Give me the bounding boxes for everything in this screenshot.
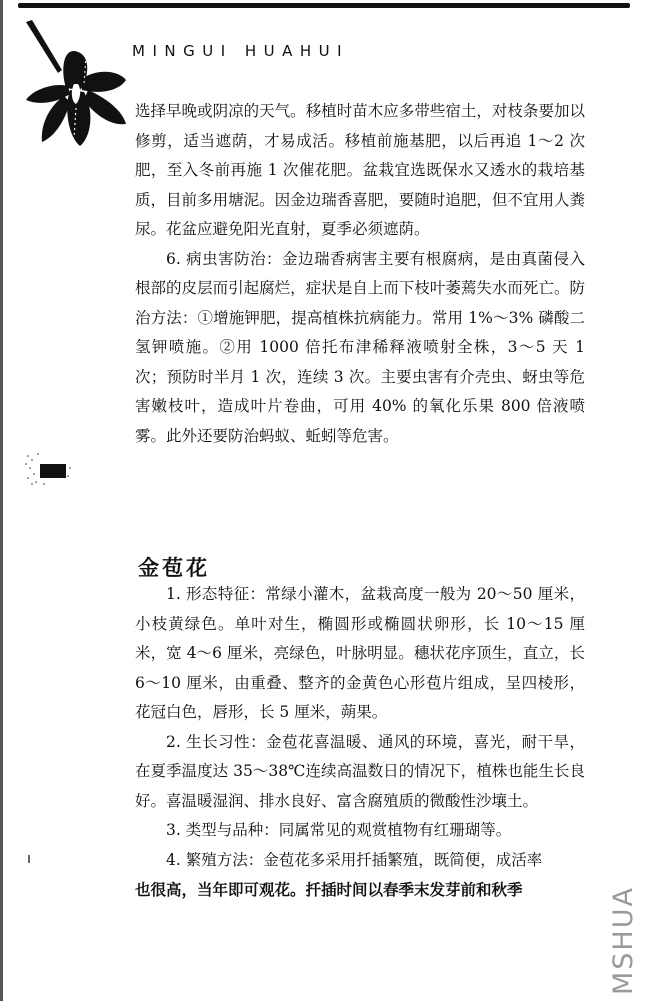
orchid-flower-icon [18,18,130,148]
continued-text: 选择早晚或阴凉的天气。移植时苗木应多带些宿土，对枝条要加以修剪，适当遮荫，才易成… [135,97,585,451]
page-left-edge [0,0,3,1001]
paragraph: 选择早晚或阴凉的天气。移植时苗木应多带些宿土，对枝条要加以修剪，适当遮荫，才易成… [135,97,585,245]
paragraph-varieties: 3. 类型与品种：同属常见的观赏植物有红珊瑚等。 [135,816,585,846]
paragraph-habit: 2. 生长习性：金苞花喜温暖、通风的环境，喜光，耐干旱，在夏季温度达 35～38… [135,728,585,817]
watermark: MSHUA [608,886,639,995]
paragraph-pest-control: 6. 病虫害防治：金边瑞香病害主要有根腐病，是由真菌侵入根部的皮层而引起腐烂，症… [135,245,585,452]
section-body: 1. 形态特征：常绿小灌木，盆栽高度一般为 20～50 厘米，小枝黄绿色。单叶对… [135,580,585,905]
paragraph-propagation: 4. 繁殖方法：金苞花多采用扦插繁殖，既简便，成活率 [135,846,585,876]
page-number-smudge [22,448,77,488]
margin-mark [28,855,30,863]
running-header: MINGUI HUAHUI [132,42,349,60]
paragraph-propagation-cont: 也很高，当年即可观花。扦插时间以春季末发芽前和秋季 [135,875,585,905]
paragraph-morphology: 1. 形态特征：常绿小灌木，盆栽高度一般为 20～50 厘米，小枝黄绿色。单叶对… [135,580,585,728]
section-title: 金苞花 [138,552,210,582]
header-rule [18,3,630,8]
